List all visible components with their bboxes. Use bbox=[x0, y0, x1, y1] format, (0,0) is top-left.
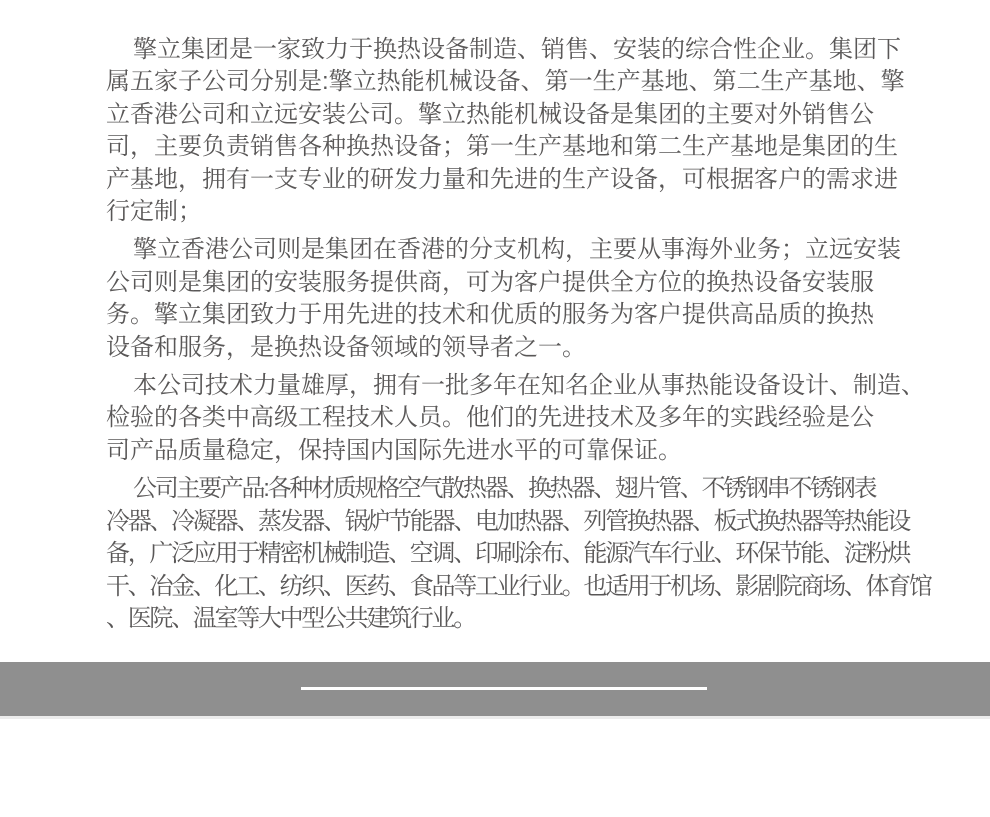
footer-divider-line bbox=[301, 687, 707, 690]
paragraph-technical-strength: 本公司技术力量雄厚，拥有一批多年在知名企业从事热能设备设计、制造、 检验的各类中… bbox=[106, 370, 890, 467]
footer-band bbox=[0, 662, 990, 719]
page: 擎立集团是一家致力于换热设备制造、销售、安装的综合性企业。集团下 属五家子公司分… bbox=[0, 0, 990, 817]
paragraph-subsidiaries: 擎立香港公司则是集团在香港的分支机构，主要从事海外业务；立远安装 公司则是集团的… bbox=[106, 234, 890, 364]
company-intro-article: 擎立集团是一家致力于换热设备制造、销售、安装的综合性企业。集团下 属五家子公司分… bbox=[106, 34, 890, 641]
paragraph-main-products: 公司主要产品:各种材质规格空气散热器、换热器、翅片管、不锈钢串不锈钢表 冷器、冷… bbox=[106, 473, 890, 635]
paragraph-group-overview: 擎立集团是一家致力于换热设备制造、销售、安装的综合性企业。集团下 属五家子公司分… bbox=[106, 34, 890, 228]
